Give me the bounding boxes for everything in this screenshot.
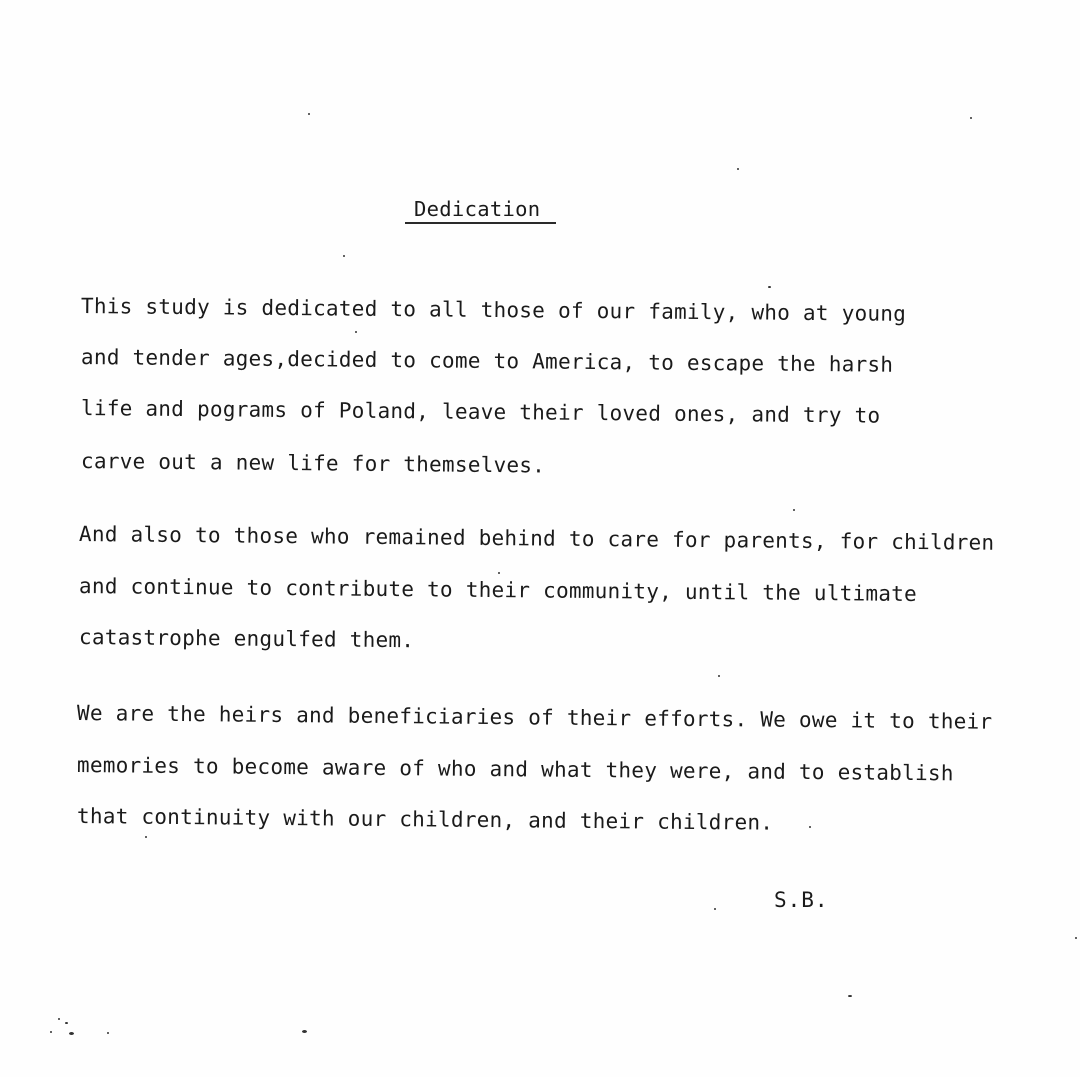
text-line: that continuity with our children, and t… [77, 803, 773, 836]
text-line: And also to those who remained behind to… [79, 521, 995, 556]
text-line: We are the heirs and beneficiaries of th… [77, 700, 993, 735]
title-underline [405, 222, 556, 224]
page-title: Dedication [414, 197, 540, 221]
signature: S.B. [774, 887, 829, 913]
text-line: memories to become aware of who and what… [77, 752, 954, 786]
text-line: catastrophe engulfed them. [79, 624, 414, 653]
text-line: and continue to contribute to their comm… [79, 573, 917, 607]
document-page: Dedication This study is dedicated to al… [0, 0, 1080, 1077]
text-line: and tender ages,decided to come to Ameri… [81, 344, 893, 378]
text-line: life and pograms of Poland, leave their … [81, 395, 881, 429]
text-line: carve out a new life for themselves. [81, 448, 545, 478]
text-line: This study is dedicated to all those of … [81, 293, 906, 327]
